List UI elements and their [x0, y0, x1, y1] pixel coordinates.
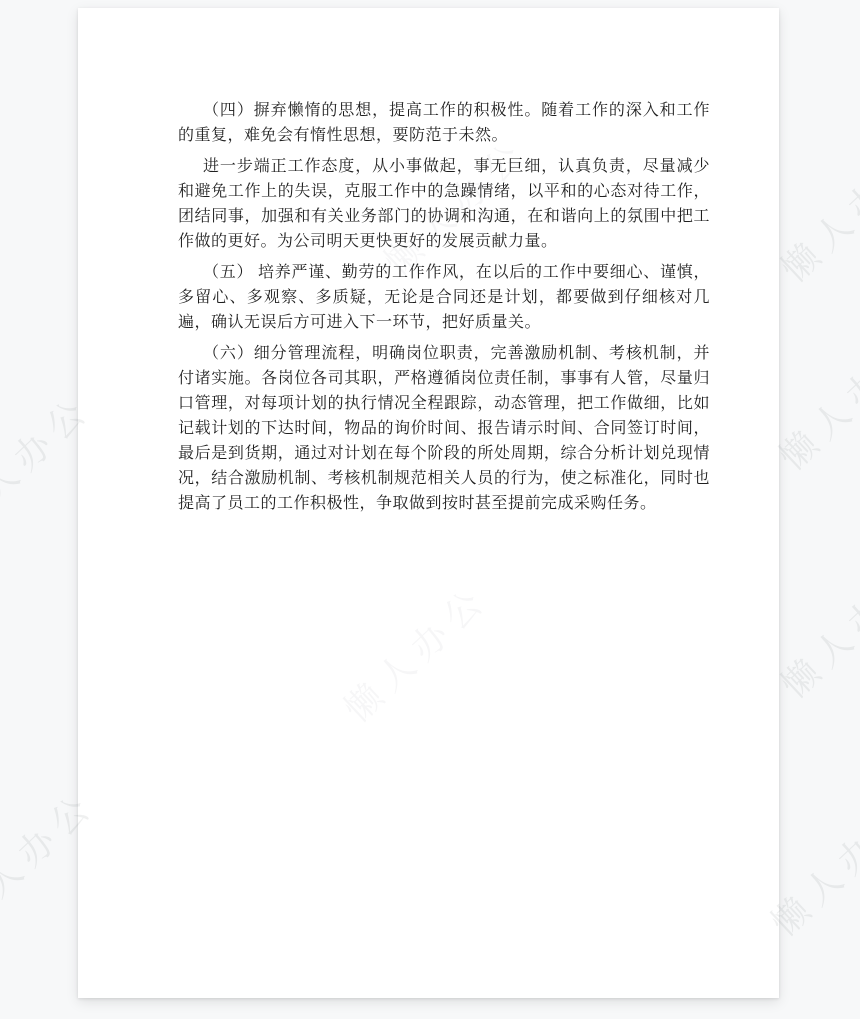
paragraph: （六）细分管理流程，明确岗位职责，完善激励机制、考核机制，并付诸实施。各岗位各司…: [178, 341, 710, 516]
paragraph: （五） 培养严谨、勤劳的工作作风，在以后的工作中要细心、谨慎，多留心、多观察、多…: [178, 260, 710, 335]
paragraph: （四）摒弃懒惰的思想，提高工作的积极性。随着工作的深入和工作的重复，难免会有惰性…: [178, 98, 710, 148]
preview-canvas: （四）摒弃懒惰的思想，提高工作的积极性。随着工作的深入和工作的重复，难免会有惰性…: [0, 0, 860, 1019]
watermark: 懒人办公: [767, 320, 860, 480]
watermark: 懒人办公: [769, 548, 860, 708]
paragraph: 进一步端正工作态度，从小事做起，事无巨细，认真负责，尽量减少和避免工作上的失误，…: [178, 154, 710, 254]
document-page[interactable]: （四）摒弃懒惰的思想，提高工作的积极性。随着工作的深入和工作的重复，难免会有惰性…: [78, 8, 779, 998]
watermark: 懒人办公: [769, 132, 860, 292]
document-body: （四）摒弃懒惰的思想，提高工作的积极性。随着工作的深入和工作的重复，难免会有惰性…: [178, 98, 710, 522]
